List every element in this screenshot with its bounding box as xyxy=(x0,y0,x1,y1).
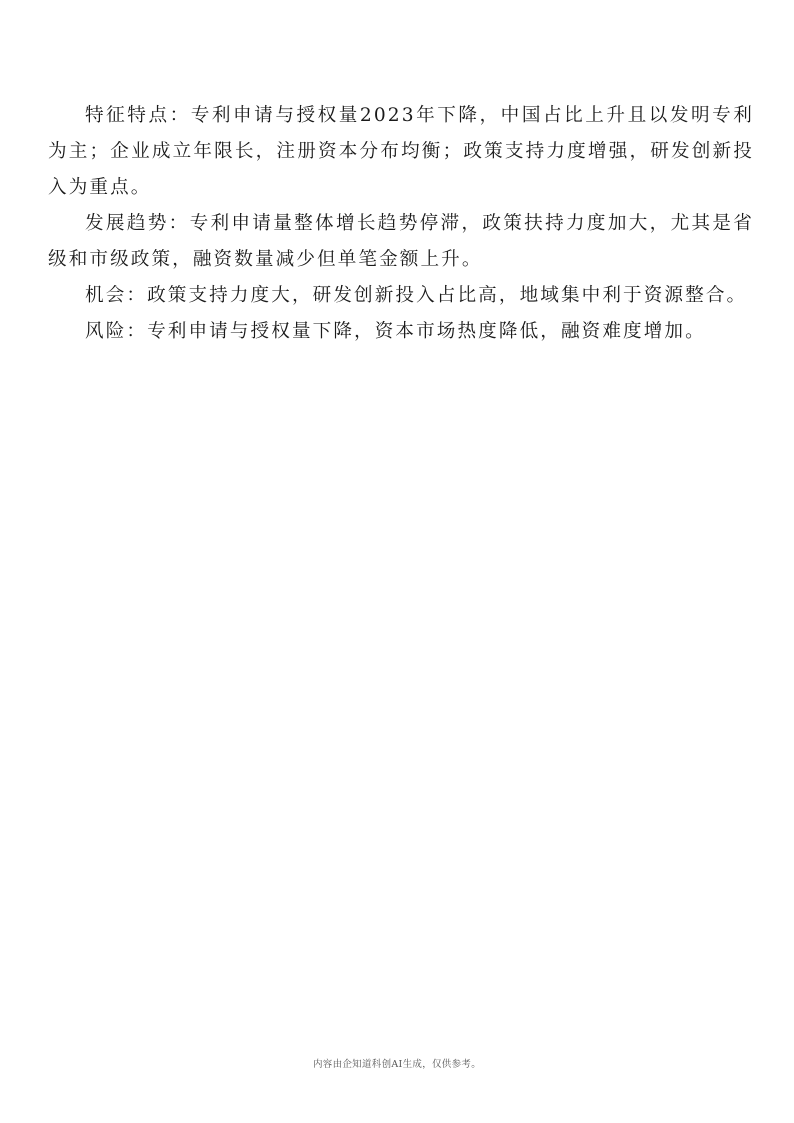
ai-disclaimer-footer: 内容由企知道科创AI生成，仅供参考。 xyxy=(0,1056,794,1070)
paragraph-trends: 发展趋势：专利申请量整体增长趋势停滞，政策扶持力度加大，尤其是省级和市级政策，融… xyxy=(48,206,754,278)
paragraph-risks: 风险：专利申请与授权量下降，资本市场热度降低，融资难度增加。 xyxy=(48,314,754,350)
paragraph-opportunities: 机会：政策支持力度大，研发创新投入占比高，地域集中利于资源整合。 xyxy=(48,278,754,314)
document-body: 特征特点：专利申请与授权量2023年下降，中国占比上升且以发明专利为主；企业成立… xyxy=(48,98,754,350)
paragraph-features: 特征特点：专利申请与授权量2023年下降，中国占比上升且以发明专利为主；企业成立… xyxy=(48,98,754,206)
